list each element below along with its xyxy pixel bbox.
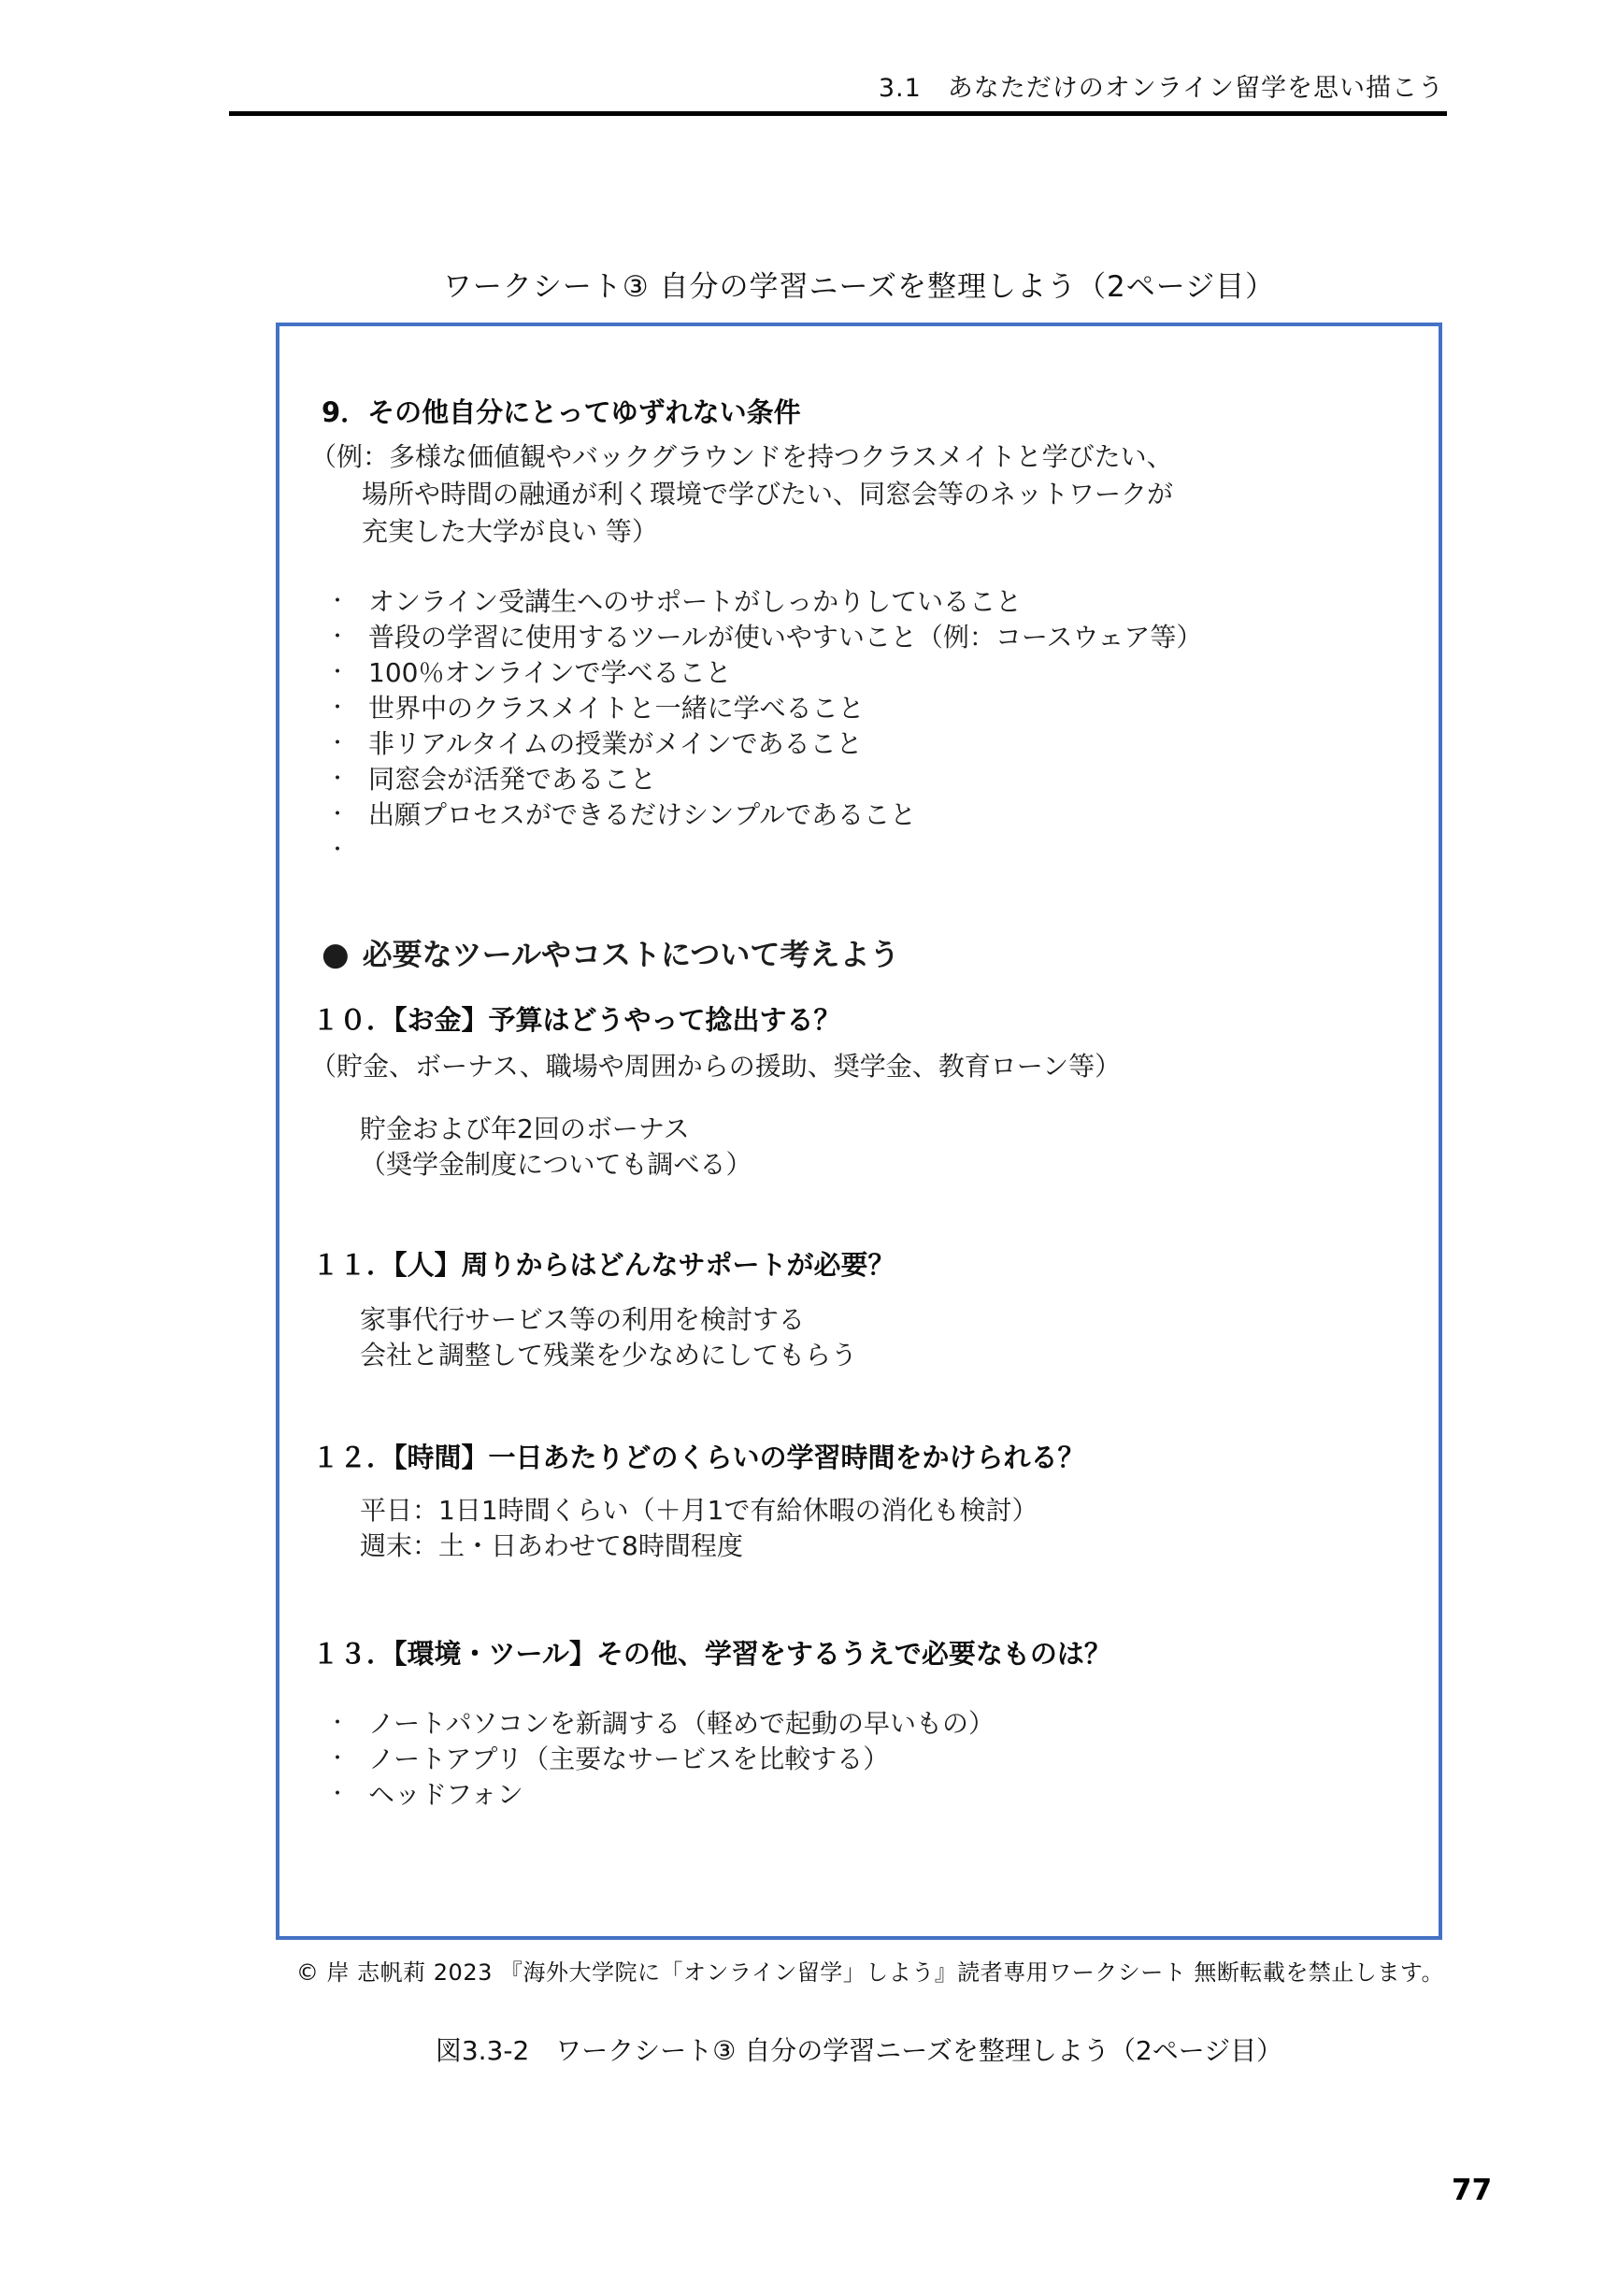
list-item-text: ノートアプリ（主要なサービスを比較する） [368, 1742, 889, 1777]
page-number: 77 [1452, 2174, 1492, 2207]
question-10-heading: １０．【お金】予算はどうやって捻出する？ [312, 1003, 1401, 1037]
question-12-answer: 平日：1日1時間くらい（＋月1で有給休暇の消化も検討） 週末：土・日あわせて8時… [322, 1493, 1401, 1564]
question-11-answer: 家事代行サービス等の利用を検討する 会社と調整して残業を少なめにしてもらう [322, 1302, 1401, 1373]
list-item: ・出願プロセスができるだけシンプルであること [322, 797, 1401, 833]
header-rule [229, 111, 1447, 116]
question-13-answer-list: ・ノートパソコンを新調する（軽めで起動の早いもの） ・ノートアプリ（主要なサービ… [322, 1706, 1401, 1813]
section-heading-text: 必要なツールやコストについて考えよう [363, 936, 900, 973]
question-9-answer-list: ・オンライン受講生へのサポートがしっかりしていること ・普段の学習に使用するツー… [322, 584, 1401, 868]
example-line: 場所や時間の融通が利く環境で学びたい、同窓会等のネットワークが [310, 476, 1401, 513]
list-item-text: 非リアルタイムの授業がメインであること [368, 726, 863, 762]
answer-line: 貯金および年2回のボーナス [360, 1112, 1401, 1147]
question-12-heading: １２．【時間】一日あたりどのくらいの学習時間をかけられる？ [312, 1441, 1401, 1474]
bullet-icon: ・ [322, 762, 368, 797]
list-item-text: 100％オンラインで学べること [368, 655, 732, 691]
list-item-text: 普段の学習に使用するツールが使いやすいこと（例：コースウェア等） [368, 620, 1202, 655]
question-10-example: （貯金、ボーナス、職場や周囲からの援助、奨学金、教育ローン等） [310, 1048, 1401, 1085]
list-item: ・オンライン受講生へのサポートがしっかりしていること [322, 584, 1401, 620]
answer-line: 平日：1日1時間くらい（＋月1で有給休暇の消化も検討） [360, 1493, 1401, 1528]
list-item: ・ノートパソコンを新調する（軽めで起動の早いもの） [322, 1706, 1401, 1742]
bullet-icon: ・ [322, 584, 368, 620]
list-item-text: ヘッドフォン [368, 1777, 523, 1813]
bullet-icon: ・ [322, 620, 368, 655]
bullet-icon: ・ [322, 833, 368, 868]
answer-line: 会社と調整して残業を少なめにしてもらう [360, 1338, 1401, 1373]
running-header: 3.1 あなただけのオンライン留学を思い描こう [879, 67, 1444, 104]
example-line: （例：多様な価値観やバックグラウンドを持つクラスメイトと学びたい、 [310, 438, 1401, 476]
question-11-heading: １１．【人】周りからはどんなサポートが必要？ [312, 1248, 1401, 1282]
list-item-text: 世界中のクラスメイトと一緒に学べること [368, 691, 865, 726]
question-10-answer: 貯金および年2回のボーナス （奨学金制度についても調べる） [322, 1112, 1401, 1183]
list-item: ・世界中のクラスメイトと一緒に学べること [322, 691, 1401, 726]
worksheet-title: ワークシート③ 自分の学習ニーズを整理しよう（2ページ目） [276, 263, 1442, 305]
list-item: ・普段の学習に使用するツールが使いやすいこと（例：コースウェア等） [322, 620, 1401, 655]
question-9-heading: 9．その他自分にとってゆずれない条件 [322, 395, 1401, 429]
bullet-icon: ・ [322, 726, 368, 762]
copyright-notice: © 岸 志帆莉 2023 『海外大学院に「オンライン留学」しよう』読者専用ワーク… [296, 1954, 1444, 1987]
worksheet-frame: 9．その他自分にとってゆずれない条件 （例：多様な価値観やバックグラウンドを持つ… [276, 323, 1442, 1940]
question-9-example: （例：多様な価値観やバックグラウンドを持つクラスメイトと学びたい、 場所や時間の… [310, 438, 1401, 551]
question-13-heading: １３．【環境・ツール】その他、学習をするうえで必要なものは？ [312, 1637, 1401, 1671]
answer-line: 家事代行サービス等の利用を検討する [360, 1302, 1401, 1338]
bullet-icon: ・ [322, 655, 368, 691]
list-item-text: ノートパソコンを新調する（軽めで起動の早いもの） [368, 1706, 995, 1742]
list-item-text: オンライン受講生へのサポートがしっかりしていること [368, 584, 1022, 620]
bullet-icon: ・ [322, 1777, 368, 1813]
list-item: ・ [322, 833, 1401, 868]
figure-caption: 図3.3-2 ワークシート③ 自分の学習ニーズを整理しよう（2ページ目） [276, 2031, 1442, 2068]
bullet-icon: ・ [322, 1742, 368, 1777]
list-item: ・100％オンラインで学べること [322, 655, 1401, 691]
example-line: 充実した大学が良い 等） [310, 513, 1401, 551]
document-page: 3.1 あなただけのオンライン留学を思い描こう ワークシート③ 自分の学習ニーズ… [0, 0, 1618, 2296]
answer-line: （奨学金制度についても調べる） [360, 1147, 1401, 1183]
bullet-icon: ・ [322, 1706, 368, 1742]
section-bullet-icon: ● [322, 936, 350, 973]
list-item: ・ヘッドフォン [322, 1777, 1401, 1813]
list-item: ・同窓会が活発であること [322, 762, 1401, 797]
bullet-icon: ・ [322, 691, 368, 726]
list-item: ・ノートアプリ（主要なサービスを比較する） [322, 1742, 1401, 1777]
tools-cost-section-heading: ● 必要なツールやコストについて考えよう [322, 936, 1401, 973]
list-item-text: 同窓会が活発であること [368, 762, 656, 797]
list-item: ・非リアルタイムの授業がメインであること [322, 726, 1401, 762]
answer-line: 週末：土・日あわせて8時間程度 [360, 1528, 1401, 1564]
bullet-icon: ・ [322, 797, 368, 833]
list-item-text: 出願プロセスができるだけシンプルであること [368, 797, 916, 833]
